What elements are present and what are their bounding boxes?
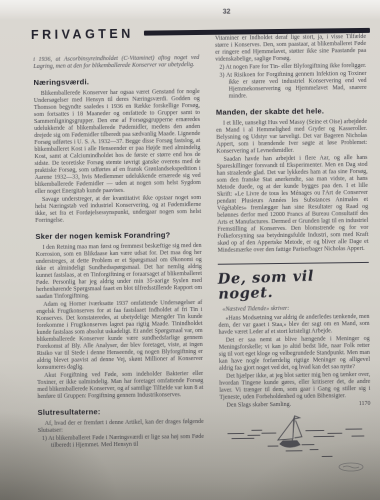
paragraph: Adam og Horner iværksatte 1937 omfattend… (36, 300, 203, 372)
paragraph-continuation: Vitaminer er Indholdet deraf lige stort,… (215, 34, 366, 64)
section-heading-slutresultaterne: Slutresultaterne: (38, 407, 204, 417)
section-divider (218, 262, 369, 265)
right-column: Vitaminer er Indholdet deraf lige stort,… (215, 34, 371, 471)
scanned-page-photo: FRIVAGTEN 32 i 1936, at Ascorbinsyreindh… (0, 0, 380, 500)
paragraph: I den Retning maa man først og fremmest … (36, 243, 203, 301)
paragraph: «Hans Modsætning var aldrig de anderlede… (218, 314, 369, 337)
paragraph: Blikemballerede Konserver har ogsaa være… (34, 89, 201, 196)
paragraph: Det er saa nemt at blive hængende i Meni… (219, 336, 370, 373)
sailboat-drawing (222, 412, 371, 466)
intro-paragraph: i 1936, at Ascorbinsyreindholdet (C-Vita… (33, 55, 199, 71)
paragraph: Det hjælper ikke, at jeg blot sætter mig… (219, 372, 370, 402)
paragraph: Savage understreger, at der kvantitativt… (35, 195, 201, 225)
left-column: i 1936, at Ascorbinsyreindholdet (C-Vita… (33, 55, 204, 451)
list-item-3: 3) At Risikoen for Forgiftning gennem In… (219, 71, 366, 101)
magazine-page: FRIVAGTEN 32 i 1936, at Ascorbinsyreindh… (0, 0, 380, 500)
list-item-1: 1) At blikemballeret Føde i Næringsværdi… (42, 434, 204, 450)
article-number: 1170 (359, 401, 371, 408)
script-article-heading: De, som vil noget. (218, 267, 370, 302)
paragraph: Saadan havde han arbejdet i flere Aar, o… (216, 155, 368, 255)
paragraph: I et lille, uanseligt Hus ved Massy (Sei… (216, 119, 367, 156)
paragraph: Akut Forgiftning ved Føde, som indeholde… (37, 371, 203, 401)
page-number: 32 (223, 9, 231, 16)
section-heading-manden: Manden, der skabte det hele. (216, 107, 367, 117)
section-heading-naeringsvaerdi: Næringsværdi. (34, 77, 200, 87)
printer-mark-icon (338, 462, 364, 472)
paragraph: Af, hvad der er fremført i denne Artikel… (38, 419, 204, 435)
quote-source: «Næstved Tidende» skriver: (218, 305, 369, 314)
closing-text: Den Slags skaber Samling. (219, 402, 291, 410)
magazine-title: FRIVAGTEN (31, 27, 134, 42)
section-heading-kemisk-forandring: Sker der nogen kemisk Forandring? (35, 231, 201, 241)
closing-line: Den Slags skaber Samling. 1170 (219, 401, 370, 410)
